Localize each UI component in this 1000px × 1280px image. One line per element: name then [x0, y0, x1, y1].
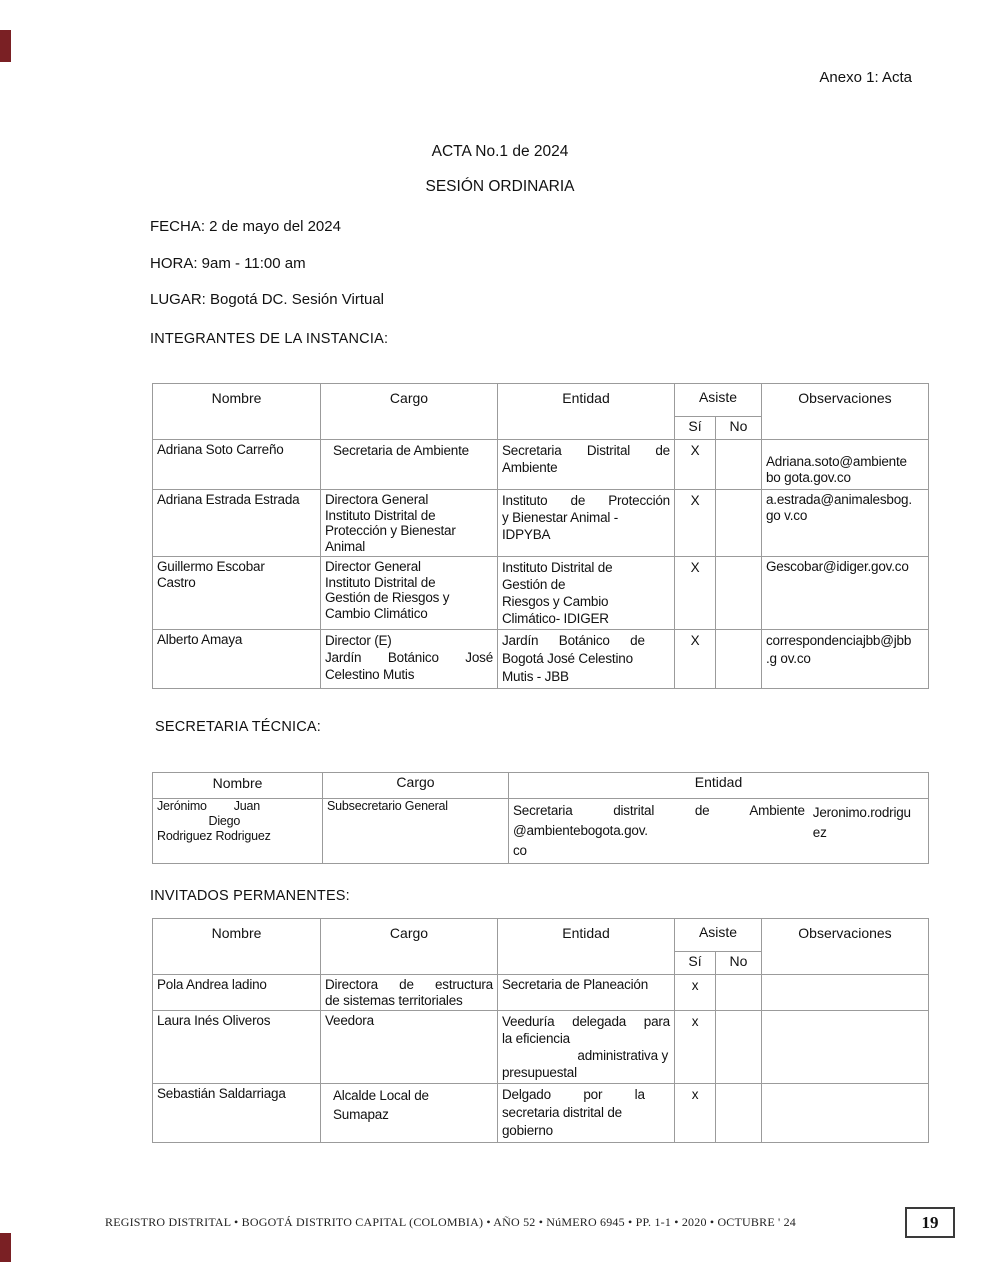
cell-line: correspondenciajbb@jbb	[766, 632, 924, 650]
cargo-cell: Alcalde Local de Sumapaz	[321, 1084, 498, 1143]
col-header-no: No	[716, 417, 762, 440]
cell-line: Diego	[209, 814, 318, 829]
cell-line: Animal	[325, 539, 493, 555]
entidad-cell: Delgado por la secretaria distrital de g…	[498, 1084, 675, 1143]
cell-line: Cambio Climático	[325, 606, 493, 622]
table-row: Adriana Estrada Estrada Directora Genera…	[153, 490, 929, 557]
cell-line: Instituto de Protección	[502, 492, 670, 509]
cell-line: presupuestal	[502, 1064, 670, 1081]
cell-line: Guillermo Escobar	[157, 559, 316, 575]
cell-line: Jeronimo.rodrigu	[813, 803, 911, 823]
header-row: Nombre Cargo Entidad Asiste Observacione…	[153, 384, 929, 417]
observaciones-cell: Gescobar@idiger.gov.co	[762, 557, 929, 630]
page-edge-mark-top	[0, 30, 11, 62]
cell-line: Director General	[325, 559, 493, 575]
cell-line: Secretaria distrital de Ambiente	[513, 801, 805, 821]
table-row: Jerónimo Juan Diego Rodriguez Rodriguez …	[153, 799, 929, 864]
asiste-si-cell: x	[675, 1084, 716, 1143]
cell-line: Directora General	[325, 492, 493, 508]
cell-line: co	[513, 841, 805, 861]
cell-line: ez	[813, 823, 911, 843]
asiste-no-cell	[716, 630, 762, 689]
col-header-entidad: Entidad	[498, 919, 675, 975]
observaciones-cell: a.estrada@animalesbog. go v.co	[762, 490, 929, 557]
document-page: Anexo 1: Acta ACTA No.1 de 2024 SESIÓN O…	[0, 0, 1000, 1280]
cell-line: Gestión de Riesgos y	[325, 590, 493, 606]
table-row: Guillermo Escobar Castro Director Genera…	[153, 557, 929, 630]
entidad-cell: Jardín Botánico de Bogotá José Celestino…	[498, 630, 675, 689]
cell-line: de sistemas territoriales	[325, 993, 493, 1009]
cell-line: Alberto Amaya	[157, 632, 316, 648]
col-header-entidad: Entidad	[509, 773, 929, 799]
annex-label: Anexo 1: Acta	[819, 69, 912, 86]
asiste-si-cell: X	[675, 557, 716, 630]
entidad-cell: Secretaria distrital de Ambiente @ambien…	[509, 799, 929, 864]
table-row: Alberto Amaya Director (E) Jardín Botáni…	[153, 630, 929, 689]
col-header-cargo: Cargo	[321, 919, 498, 975]
col-header-asiste: Asiste	[675, 384, 762, 417]
cargo-cell: Directora de estructura de sistemas terr…	[321, 975, 498, 1011]
cell-line: @ambientebogota.gov.	[513, 821, 805, 841]
cargo-cell: Director General Instituto Distrital de …	[321, 557, 498, 630]
cell-line: secretaria distrital de	[502, 1104, 670, 1122]
page-number-badge: 19	[905, 1207, 955, 1238]
cell-line: Riesgos y Cambio	[502, 593, 670, 610]
observaciones-cell	[762, 1011, 929, 1084]
fecha-field: FECHA: 2 de mayo del 2024	[150, 218, 341, 235]
cargo-cell: Veedora	[321, 1011, 498, 1084]
observaciones-cell: Adriana.soto@ambiente bo gota.gov.co	[762, 440, 929, 490]
cell-line: Rodriguez Rodriguez	[157, 829, 318, 844]
cell-line: .g ov.co	[766, 650, 924, 668]
asiste-no-cell	[716, 490, 762, 557]
cell-line: y Bienestar Animal -	[502, 509, 670, 526]
cell-line: Subsecretario General	[327, 799, 504, 814]
cell-line: go v.co	[766, 508, 924, 524]
cargo-cell: Secretaria de Ambiente	[321, 440, 498, 490]
header-row: Nombre Cargo Entidad Asiste Observacione…	[153, 919, 929, 952]
cell-line: Instituto Distrital de	[325, 575, 493, 591]
cell-line: Jerónimo Juan	[157, 799, 260, 814]
observaciones-cell: correspondenciajbb@jbb .g ov.co	[762, 630, 929, 689]
integrantes-table: Nombre Cargo Entidad Asiste Observacione…	[152, 383, 929, 689]
asiste-no-cell	[716, 975, 762, 1011]
cell-line: gobierno	[502, 1122, 670, 1140]
cell-line: Bogotá José Celestino	[502, 650, 670, 668]
cell-line: Gestión de	[502, 576, 670, 593]
invitados-table: Nombre Cargo Entidad Asiste Observacione…	[152, 918, 929, 1143]
asiste-no-cell	[716, 440, 762, 490]
cell-line: Instituto Distrital de	[325, 508, 493, 524]
cell-line: Adriana Estrada Estrada	[157, 492, 316, 508]
col-header-nombre: Nombre	[153, 384, 321, 440]
col-header-no: No	[716, 952, 762, 975]
col-header-si: Sí	[675, 952, 716, 975]
table-row: Laura Inés Oliveros Veedora Veeduría del…	[153, 1011, 929, 1084]
secretaria-table: Nombre Cargo Entidad Jerónimo Juan Diego…	[152, 772, 929, 864]
nombre-cell: Adriana Soto Carreño	[153, 440, 321, 490]
cell-line: Jardín Botánico José	[325, 649, 493, 666]
col-header-observaciones: Observaciones	[762, 384, 929, 440]
asiste-si-cell: X	[675, 630, 716, 689]
entidad-cell: Secretaria Distrital de Ambiente	[498, 440, 675, 490]
asiste-si-cell: X	[675, 440, 716, 490]
lugar-field: LUGAR: Bogotá DC. Sesión Virtual	[150, 291, 384, 308]
section-invitados-label: INVITADOS PERMANENTES:	[150, 888, 350, 904]
cargo-cell: Director (E) Jardín Botánico José Celest…	[321, 630, 498, 689]
cell-line: IDPYBA	[502, 526, 670, 543]
col-header-cargo: Cargo	[321, 384, 498, 440]
header-row: Nombre Cargo Entidad	[153, 773, 929, 799]
entidad-left-block: Secretaria distrital de Ambiente @ambien…	[513, 801, 805, 861]
cell-line: Secretaria Distrital de	[502, 442, 670, 459]
cell-line: Adriana.soto@ambiente	[766, 454, 924, 470]
hora-field: HORA: 9am - 11:00 am	[150, 255, 306, 272]
cell-line: Secretaria de Ambiente	[333, 442, 493, 459]
asiste-si-cell: x	[675, 1011, 716, 1084]
table-row: Pola Andrea ladino Directora de estructu…	[153, 975, 929, 1011]
cell-line: Sebastián Saldarriaga	[157, 1086, 316, 1102]
col-header-nombre: Nombre	[153, 919, 321, 975]
col-header-cargo: Cargo	[323, 773, 509, 799]
nombre-cell: Guillermo Escobar Castro	[153, 557, 321, 630]
col-header-nombre: Nombre	[153, 773, 323, 799]
cell-line: Secretaria de Planeación	[502, 977, 670, 993]
observaciones-cell	[762, 975, 929, 1011]
cell-line: Delgado por la	[502, 1086, 645, 1104]
cell-line: Pola Andrea ladino	[157, 977, 316, 993]
cell-line: Climático- IDIGER	[502, 610, 670, 627]
cell-line: Laura Inés Oliveros	[157, 1013, 316, 1029]
asiste-no-cell	[716, 1084, 762, 1143]
cell-line: Gescobar@idiger.gov.co	[766, 559, 924, 575]
nombre-cell: Alberto Amaya	[153, 630, 321, 689]
observaciones-cell	[762, 1084, 929, 1143]
table-row: Adriana Soto Carreño Secretaria de Ambie…	[153, 440, 929, 490]
cell-line: Sumapaz	[333, 1105, 493, 1124]
asiste-no-cell	[716, 1011, 762, 1084]
cell-line: Instituto Distrital de	[502, 559, 670, 576]
cell-line: administrativa y	[502, 1047, 670, 1064]
cargo-cell: Subsecretario General	[323, 799, 509, 864]
cell-line: Castro	[157, 575, 316, 591]
cell-line: Director (E)	[325, 632, 493, 649]
cell-line: bo gota.gov.co	[766, 470, 924, 486]
asiste-si-cell: X	[675, 490, 716, 557]
cell-line: Jardín Botánico de	[502, 632, 645, 650]
entidad-cell: Instituto de Protección y Bienestar Anim…	[498, 490, 675, 557]
cell-line: Alcalde Local de	[333, 1086, 493, 1105]
page-edge-mark-bottom	[0, 1233, 11, 1262]
col-header-si: Sí	[675, 417, 716, 440]
section-integrantes-label: INTEGRANTES DE LA INSTANCIA:	[150, 331, 388, 347]
nombre-cell: Laura Inés Oliveros	[153, 1011, 321, 1084]
table-row: Sebastián Saldarriaga Alcalde Local de S…	[153, 1084, 929, 1143]
nombre-cell: Adriana Estrada Estrada	[153, 490, 321, 557]
cell-line: la eficiencia	[502, 1030, 670, 1047]
cell-line: Celestino Mutis	[325, 666, 493, 683]
col-header-entidad: Entidad	[498, 384, 675, 440]
col-header-observaciones: Observaciones	[762, 919, 929, 975]
entidad-cell: Instituto Distrital de Gestión de Riesgo…	[498, 557, 675, 630]
cell-line: a.estrada@animalesbog.	[766, 492, 924, 508]
entidad-right-block: Jeronimo.rodrigu ez	[813, 803, 911, 843]
cell-line: Ambiente	[502, 459, 670, 476]
cell-line: Veeduría delegada para	[502, 1013, 670, 1030]
cargo-cell: Directora General Instituto Distrital de…	[321, 490, 498, 557]
cell-line: Mutis - JBB	[502, 668, 670, 686]
nombre-cell: Sebastián Saldarriaga	[153, 1084, 321, 1143]
section-secretaria-label: SECRETARIA TÉCNICA:	[155, 719, 321, 735]
cell-line: Adriana Soto Carreño	[157, 442, 316, 458]
asiste-si-cell: x	[675, 975, 716, 1011]
col-header-asiste: Asiste	[675, 919, 762, 952]
cell-line: Directora de estructura	[325, 977, 493, 993]
footer-imprint: REGISTRO DISTRITAL • BOGOTÁ DISTRITO CAP…	[105, 1215, 796, 1230]
entidad-cell: Secretaria de Planeación	[498, 975, 675, 1011]
asiste-no-cell	[716, 557, 762, 630]
nombre-cell: Jerónimo Juan Diego Rodriguez Rodriguez	[153, 799, 323, 864]
nombre-cell: Pola Andrea ladino	[153, 975, 321, 1011]
document-title: ACTA No.1 de 2024	[0, 143, 1000, 161]
entidad-cell: Veeduría delegada para la eficiencia adm…	[498, 1011, 675, 1084]
document-subtitle: SESIÓN ORDINARIA	[0, 178, 1000, 196]
cell-line: Veedora	[325, 1013, 493, 1029]
cell-line: Protección y Bienestar	[325, 523, 493, 539]
